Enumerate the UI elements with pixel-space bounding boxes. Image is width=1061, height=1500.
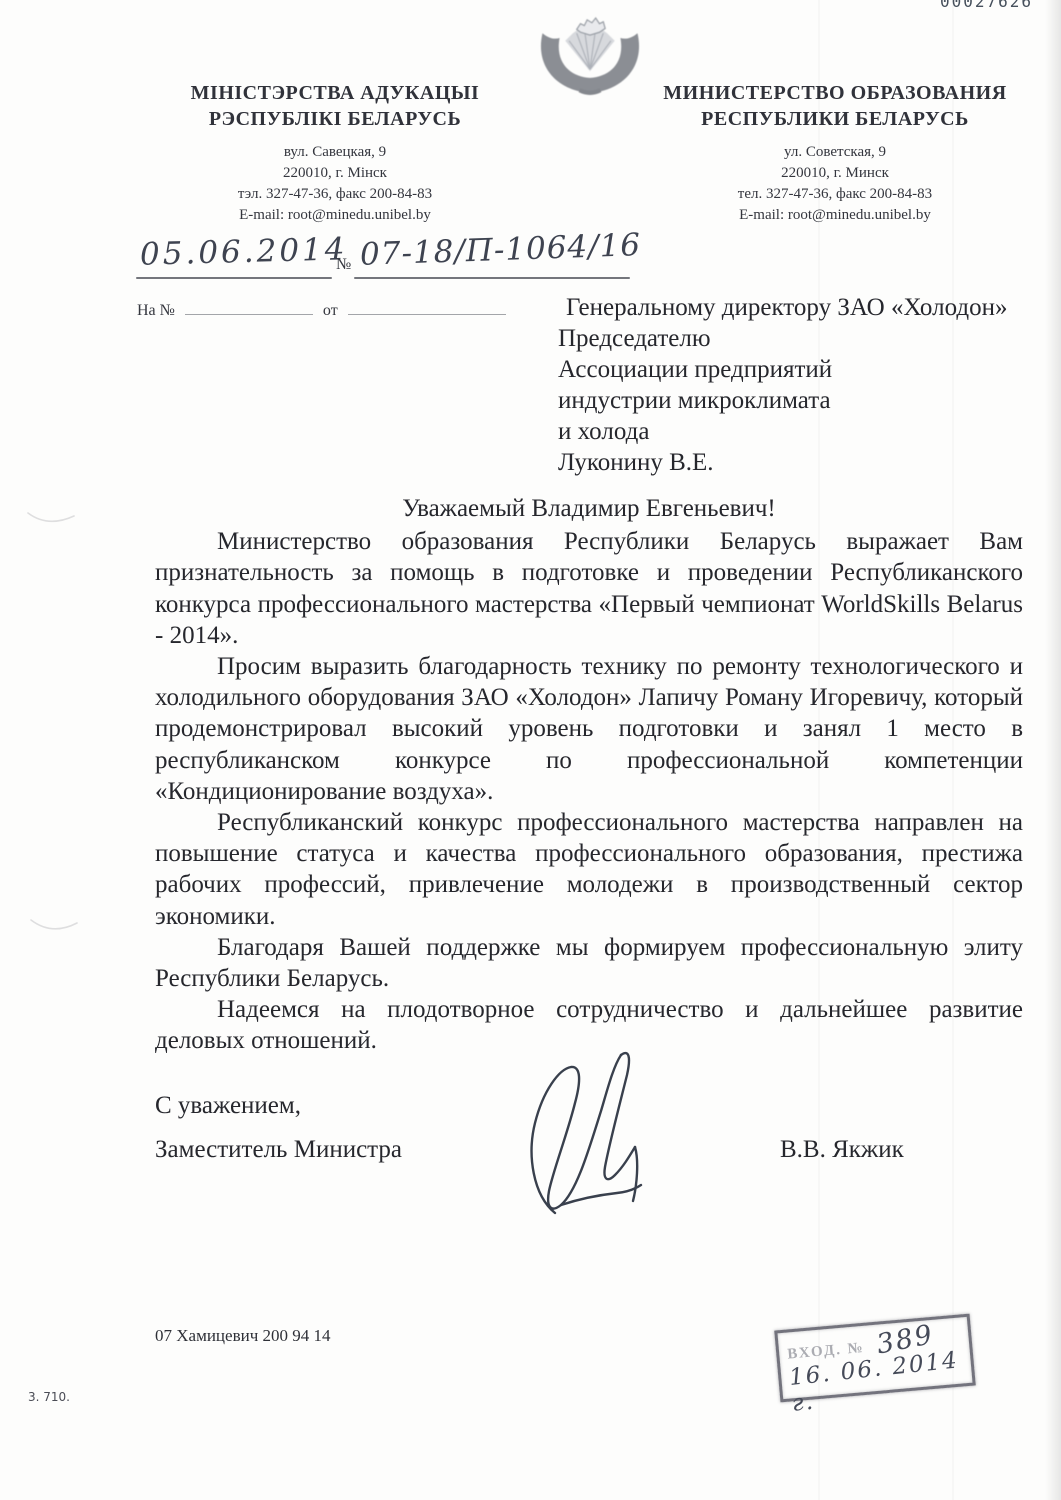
org-name-ru-line1: МИНИСТЕРСТВО ОБРАЗОВАНИЯ xyxy=(635,80,1035,106)
body-paragraph: Благодаря Вашей поддержке мы формируем п… xyxy=(155,932,1023,994)
number-underline xyxy=(354,277,630,279)
addressee-block: Генеральному директору ЗАО «Холодон» Пре… xyxy=(558,292,1028,478)
addressee-line: Луконину В.Е. xyxy=(558,447,1028,478)
org-name-by-line2: РЭСПУБЛІКІ БЕЛАРУСЬ xyxy=(135,106,535,132)
address-line: тэл. 327-47-36, факс 200-84-83 xyxy=(135,184,535,205)
address-line: E-mail: root@minedu.unibel.by xyxy=(135,205,535,226)
org-name-russian: МИНИСТЕРСТВО ОБРАЗОВАНИЯ РЕСПУБЛИКИ БЕЛА… xyxy=(635,80,1035,132)
address-line: вул. Савецкая, 9 xyxy=(135,142,535,163)
date-underline xyxy=(136,277,332,279)
signature-ink xyxy=(505,1045,665,1230)
address-line: 220010, г. Минск xyxy=(635,163,1035,184)
belarus-coat-of-arms-icon xyxy=(533,12,647,105)
org-name-belarusian: МІНІСТЭРСТВА АДУКАЦЫІ РЭСПУБЛІКІ БЕЛАРУС… xyxy=(135,80,535,132)
body-paragraph: Министерство образования Республики Бела… xyxy=(155,526,1023,651)
signer-name: В.В. Якжик xyxy=(780,1136,904,1164)
form-code: 3. 710. xyxy=(28,1390,70,1404)
body-paragraph: Республиканский конкурс профессиональног… xyxy=(155,807,1023,932)
outgoing-date-handwritten: 05.06.2014 xyxy=(140,231,348,272)
org-address-russian: ул. Советская, 9 220010, г. Минск тел. 3… xyxy=(635,142,1035,226)
scan-edge-shadow xyxy=(1045,0,1061,1500)
body-paragraph: Просим выразить благодарность технику по… xyxy=(155,651,1023,807)
address-line: E-mail: root@minedu.unibel.by xyxy=(635,205,1035,226)
address-line: 220010, г. Мінск xyxy=(135,163,535,184)
addressee-line: индустрии микроклимата xyxy=(558,385,1028,416)
address-line: ул. Советская, 9 xyxy=(635,142,1035,163)
signer-title: Заместитель Министра xyxy=(155,1136,402,1164)
outgoing-number-handwritten: 07-18/П-1064/16 xyxy=(359,227,641,273)
org-name-by-line1: МІНІСТЭРСТВА АДУКАЦЫІ xyxy=(135,80,535,106)
org-name-ru-line2: РЕСПУБЛИКИ БЕЛАРУСЬ xyxy=(635,106,1035,132)
scanned-letter-page: 00027626 МІНІСТЭРСТВА АДУКАЦЫІ РЭСПУБЛІК… xyxy=(0,0,1061,1500)
closing-phrase: С уважением, xyxy=(155,1092,301,1120)
addressee-line: Председателю xyxy=(558,323,1028,354)
addressee-line: Генеральному директору ЗАО «Холодон» xyxy=(558,292,1028,323)
reply-date-blank xyxy=(348,300,506,315)
executor-line: 07 Хамицевич 200 94 14 xyxy=(155,1326,331,1346)
reply-ot-label: от xyxy=(323,302,338,319)
incoming-stamp: ВХОД. № 389 16. 06. 2014 г. xyxy=(774,1314,976,1403)
salutation: Уважаемый Владимир Евгеньевич! xyxy=(155,493,1023,524)
margin-pen-mark xyxy=(28,916,80,938)
registration-number-clipped: 00027626 xyxy=(940,0,1050,15)
address-line: тел. 327-47-36, факс 200-84-83 xyxy=(635,184,1035,205)
reply-number-blank xyxy=(185,300,313,315)
addressee-line: Ассоциации предприятий xyxy=(558,354,1028,385)
reply-na-label: На № xyxy=(137,302,175,319)
org-address-belarusian: вул. Савецкая, 9 220010, г. Мінск тэл. 3… xyxy=(135,142,535,226)
number-sign: № xyxy=(336,256,351,274)
margin-pen-mark xyxy=(26,510,78,530)
letter-body: Уважаемый Владимир Евгеньевич! Министерс… xyxy=(155,493,1023,1057)
addressee-line: и холода xyxy=(558,416,1028,447)
reply-reference-line: На № от xyxy=(137,300,506,320)
